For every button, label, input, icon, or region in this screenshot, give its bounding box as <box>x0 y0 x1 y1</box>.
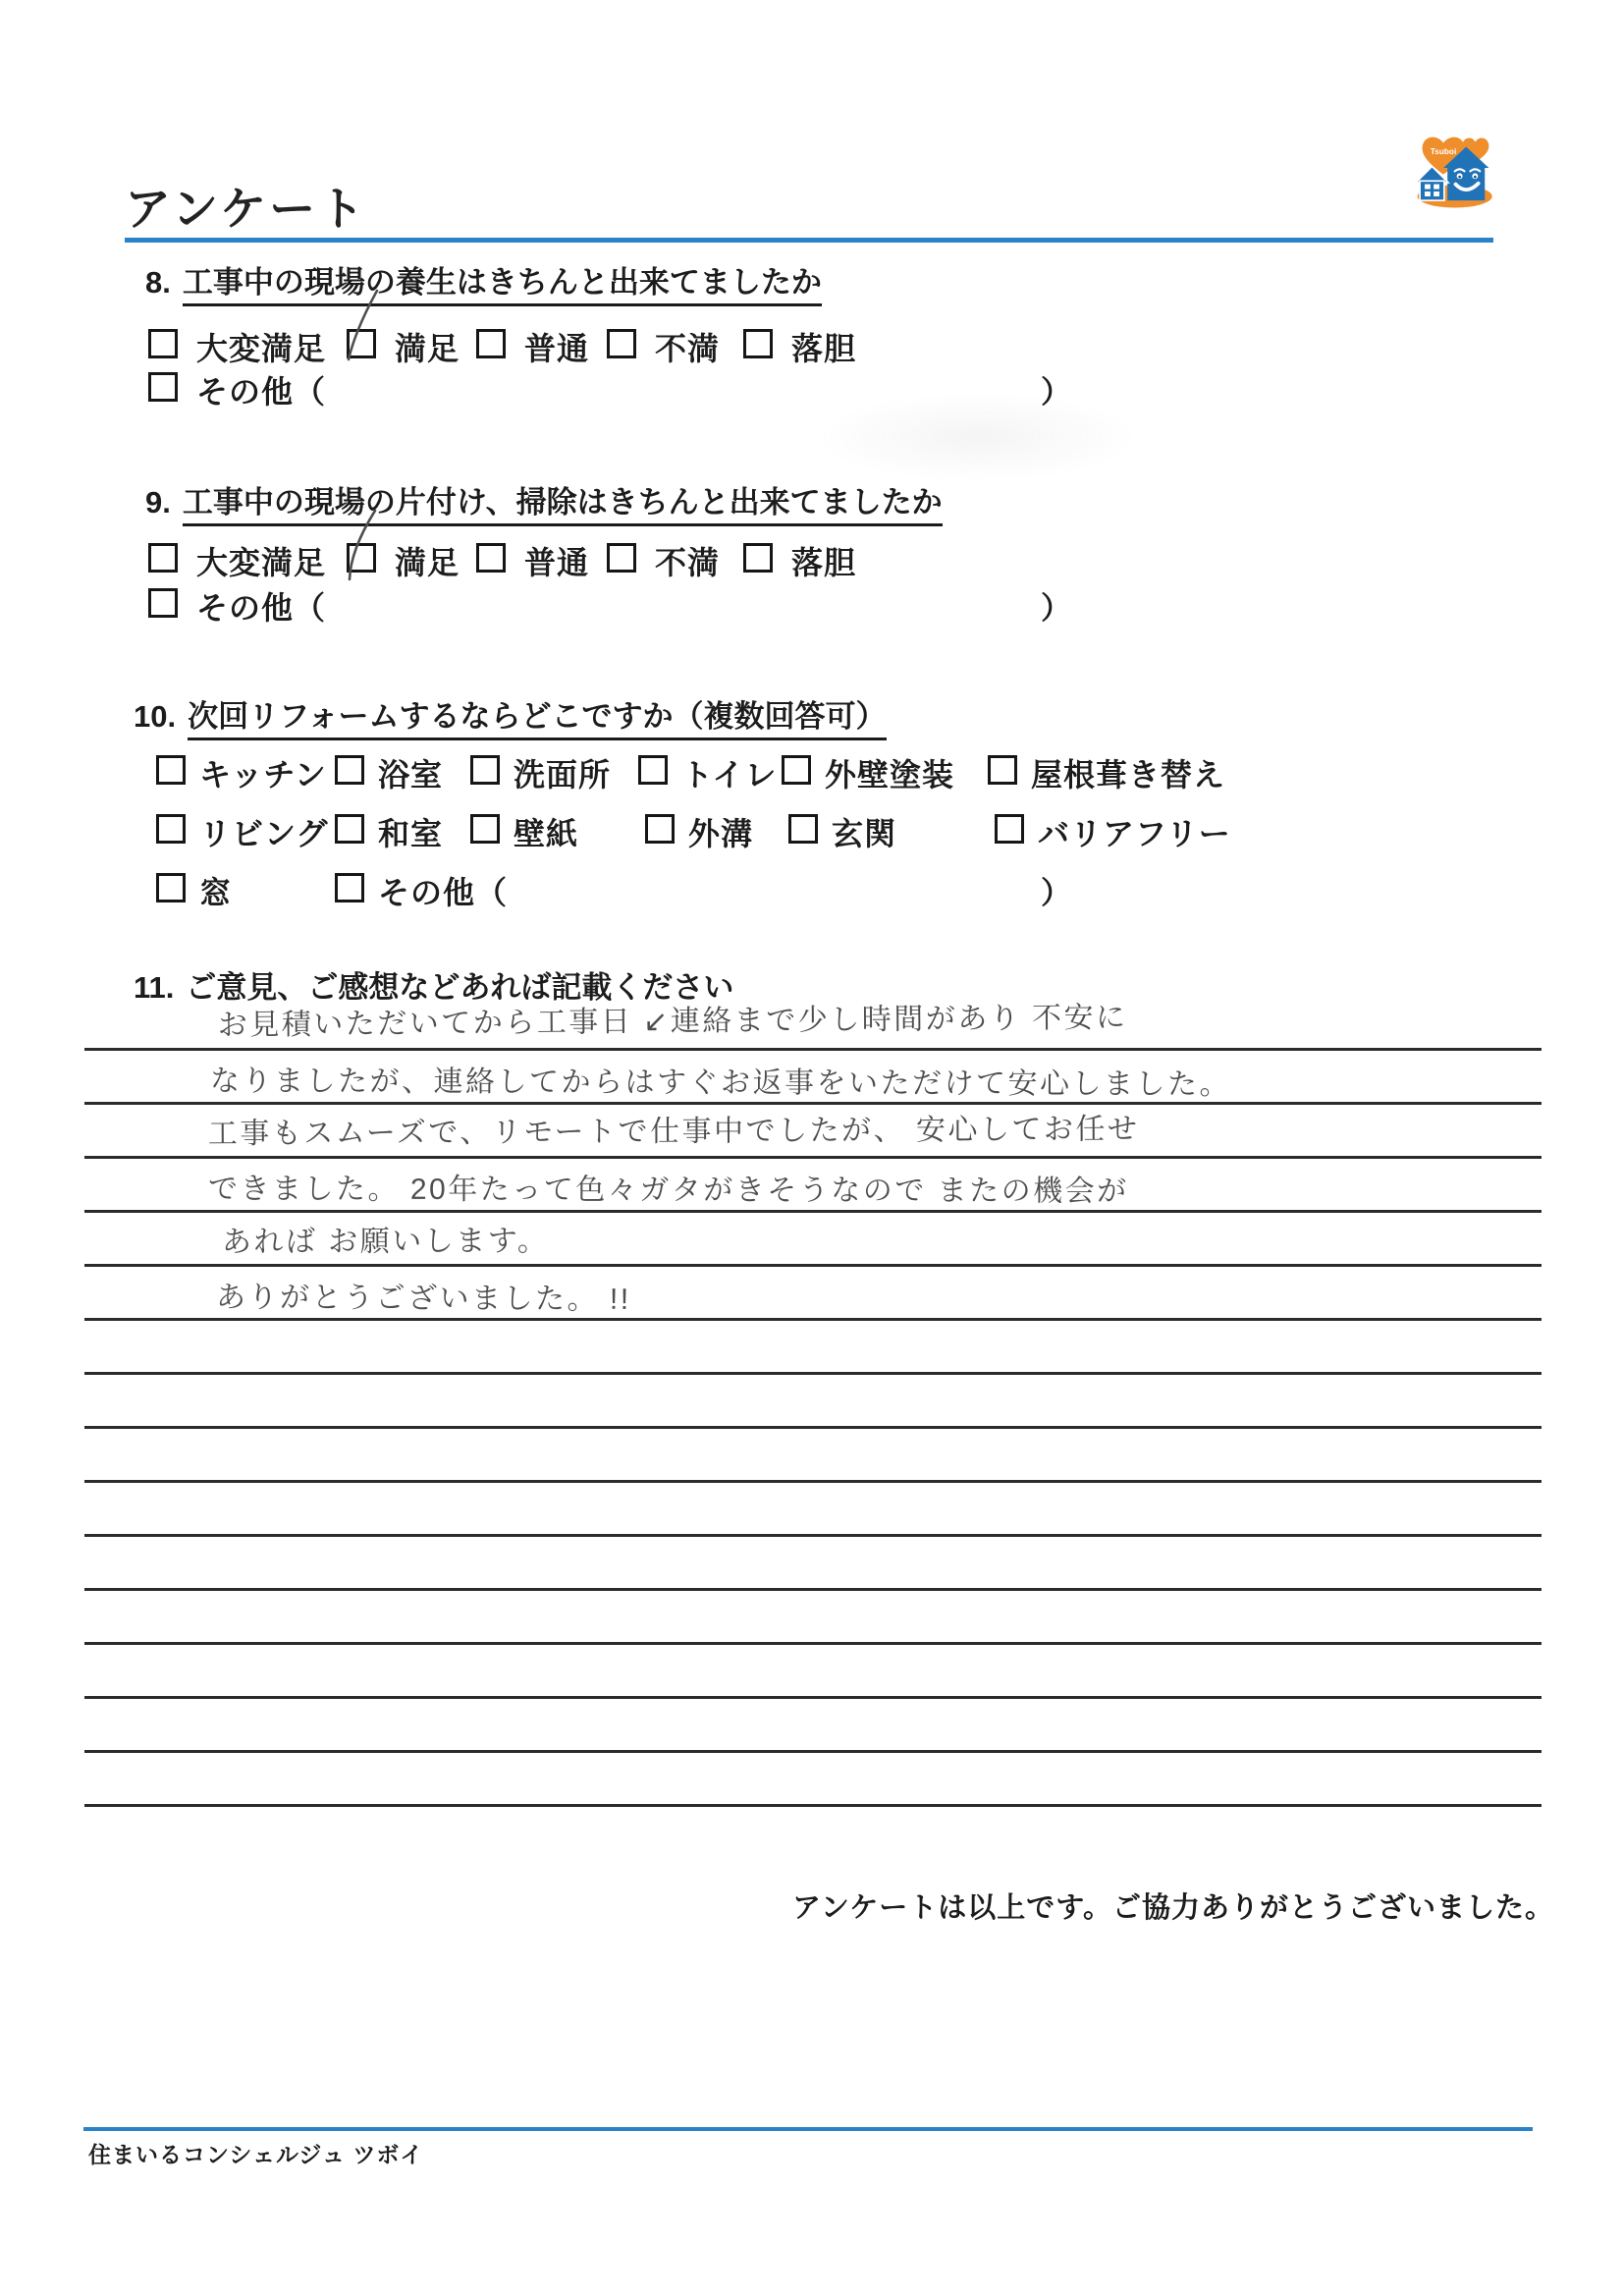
question-10-title: 10.次回リフォームするならどこですか（複数回答可） <box>134 691 887 736</box>
handwritten-comment-line: できました。 20年たって色々ガタがきそうなので またの機会が <box>84 1164 1129 1213</box>
checkbox-unchecked <box>995 814 1024 844</box>
checkbox-unchecked <box>645 814 675 844</box>
q9-other-close-paren: ） <box>1041 583 1071 628</box>
q10-option-roof: 屋根葺き替え <box>988 750 1225 795</box>
q9-option-other: その他（ <box>148 583 326 629</box>
footer-rule <box>83 2127 1533 2131</box>
q10-option-kitchen: キッチン <box>156 750 327 795</box>
scanned-survey-page: アンケート Tsuboi 8.工事中 <box>0 0 1623 2296</box>
ruled-line: 工事もスムーズで、リモートで仕事中でしたが、 安心してお任せ <box>84 1105 1542 1159</box>
question-9-number: 9. <box>145 485 171 519</box>
q10-option-genkan: 玄関 <box>788 809 896 854</box>
footer-signature: 住まいるコンシェルジュ ツボイ <box>88 2137 423 2169</box>
checkbox-unchecked <box>148 372 178 402</box>
checkbox-unchecked <box>782 755 811 785</box>
q10-option-living: リビング <box>156 809 328 854</box>
checkbox-unchecked <box>335 814 364 844</box>
question-8-title: 8.工事中の現場の養生はきちんと出来てましたか <box>145 257 822 301</box>
question-8-number: 8. <box>145 265 171 300</box>
q10-other-close-paren: ） <box>1041 868 1071 912</box>
handwritten-comment-line: ありがとうございました。 !! <box>84 1272 631 1321</box>
handwritten-comment-line: あれば お願いします。 <box>84 1216 550 1264</box>
scan-artifact <box>815 393 1139 481</box>
q10-option-window: 窓 <box>156 868 232 913</box>
checkbox-unchecked <box>988 755 1017 785</box>
q10-option-bathroom: 浴室 <box>335 750 443 795</box>
q10-option-other: その他（ <box>335 868 508 913</box>
title-underline <box>125 238 1493 243</box>
ruled-line <box>84 1699 1542 1753</box>
checkbox-unchecked <box>743 329 773 358</box>
ruled-line <box>84 1321 1542 1375</box>
handwritten-comment-line: なりましたが、連絡してからはすぐお返事をいただけて安心しました。 <box>84 1056 1231 1106</box>
ruled-line: あれば お願いします。 <box>84 1213 1542 1267</box>
checkbox-unchecked <box>156 814 186 844</box>
q10-option-washroom: 洗面所 <box>470 750 611 795</box>
ruled-line: ありがとうございました。 !! <box>84 1267 1542 1321</box>
checkbox-unchecked <box>607 329 636 358</box>
handwritten-comment-line: 工事もスムーズで、リモートで仕事中でしたが、 安心してお任せ <box>84 1104 1140 1156</box>
q8-option-fuman: 不満 <box>607 324 720 369</box>
q10-option-barrier-free: バリアフリー <box>995 809 1231 854</box>
handwritten-check-mark <box>340 287 385 363</box>
checkbox-unchecked <box>476 543 506 573</box>
ruled-line: なりましたが、連絡してからはすぐお返事をいただけて安心しました。 <box>84 1051 1542 1105</box>
checkbox-unchecked <box>743 543 773 573</box>
q8-option-other: その他（ <box>148 367 326 412</box>
q10-option-gaiko: 外溝 <box>645 809 753 854</box>
q9-option-fuman: 不満 <box>607 538 720 583</box>
q10-option-washitsu: 和室 <box>335 809 443 854</box>
ruled-line <box>84 1429 1542 1483</box>
q9-option-daihen-manzoku: 大変満足 <box>148 538 326 583</box>
question-10-number: 10. <box>134 699 176 734</box>
ruled-line: できました。 20年たって色々ガタがきそうなので またの機会が <box>84 1159 1542 1213</box>
tsuboi-logo: Tsuboi <box>1411 132 1495 214</box>
q8-option-futsuu: 普通 <box>476 324 589 369</box>
checkbox-unchecked <box>638 755 668 785</box>
q8-other-close-paren: ） <box>1041 367 1071 411</box>
checkbox-unchecked <box>148 329 178 358</box>
checkbox-unchecked <box>788 814 818 844</box>
ruled-line <box>84 1375 1542 1429</box>
checkbox-unchecked <box>470 755 500 785</box>
closing-message: アンケートは以上です。ご協力ありがとうございました。 <box>792 1886 1554 1926</box>
checkbox-unchecked <box>148 588 178 618</box>
checkbox-unchecked <box>335 755 364 785</box>
checkbox-unchecked <box>156 755 186 785</box>
q10-option-wallpaper: 壁紙 <box>470 809 578 854</box>
ruled-line <box>84 1537 1542 1591</box>
page-title: アンケート <box>125 173 367 239</box>
handwritten-comment-line: お見積いただいてから工事日 ↙連絡まで少し時間があり 不安に <box>84 993 1128 1048</box>
ruled-line <box>84 1483 1542 1537</box>
checkbox-unchecked <box>335 873 364 902</box>
checkbox-unchecked <box>476 329 506 358</box>
ruled-line <box>84 1645 1542 1699</box>
ruled-line <box>84 1591 1542 1645</box>
q8-option-rakutan: 落胆 <box>743 324 856 369</box>
checkbox-unchecked <box>148 543 178 573</box>
comment-lines-area: お見積いただいてから工事日 ↙連絡まで少し時間があり 不安になりましたが、連絡し… <box>84 997 1542 1807</box>
ruled-line: お見積いただいてから工事日 ↙連絡まで少し時間があり 不安に <box>84 997 1542 1051</box>
q10-option-exterior-paint: 外壁塗装 <box>782 750 954 795</box>
checkbox-unchecked <box>607 543 636 573</box>
q9-option-rakutan: 落胆 <box>743 538 856 583</box>
question-9-title: 9.工事中の現場の片付け、掃除はきちんと出来てましたか <box>145 477 943 521</box>
ruled-line <box>84 1753 1542 1807</box>
q9-option-futsuu: 普通 <box>476 538 589 583</box>
logo-text: Tsuboi <box>1431 147 1456 156</box>
handwritten-check-mark <box>338 505 385 583</box>
checkbox-unchecked <box>156 873 186 902</box>
checkbox-unchecked <box>470 814 500 844</box>
q10-option-toilet: トイレ <box>638 750 777 795</box>
q8-option-daihen-manzoku: 大変満足 <box>148 324 326 369</box>
